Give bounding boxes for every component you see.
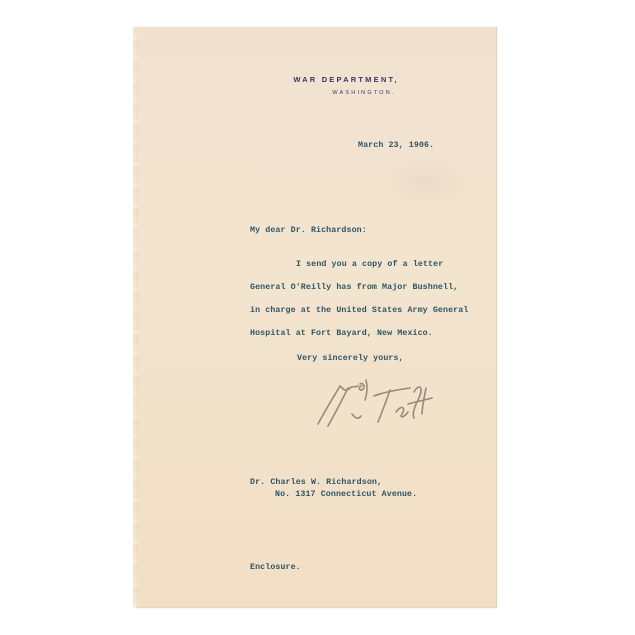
recipient-address: No. 1317 Connecticut Avenue.: [275, 490, 417, 499]
salutation: My dear Dr. Richardson:: [250, 226, 367, 235]
body-line: in charge at the United States Army Gene…: [250, 306, 468, 315]
ink-bleed-through: [381, 157, 471, 207]
letter-date: March 23, 1906.: [358, 141, 434, 150]
letterhead-title: WAR DEPARTMENT,: [136, 75, 526, 84]
closing: Very sincerely yours,: [297, 354, 404, 363]
letterhead-city: WASHINGTON.: [136, 90, 544, 96]
body-line: General O'Reilly has from Major Bushnell…: [250, 283, 458, 292]
signature: [306, 374, 466, 434]
body-line: I send you a copy of a letter: [296, 260, 443, 269]
enclosure-note: Enclosure.: [250, 563, 301, 572]
letter-sheet: WAR DEPARTMENT, WASHINGTON. March 23, 19…: [136, 27, 497, 608]
body-line: Hospital at Fort Bayard, New Mexico.: [250, 329, 433, 338]
recipient-name: Dr. Charles W. Richardson,: [250, 478, 382, 487]
